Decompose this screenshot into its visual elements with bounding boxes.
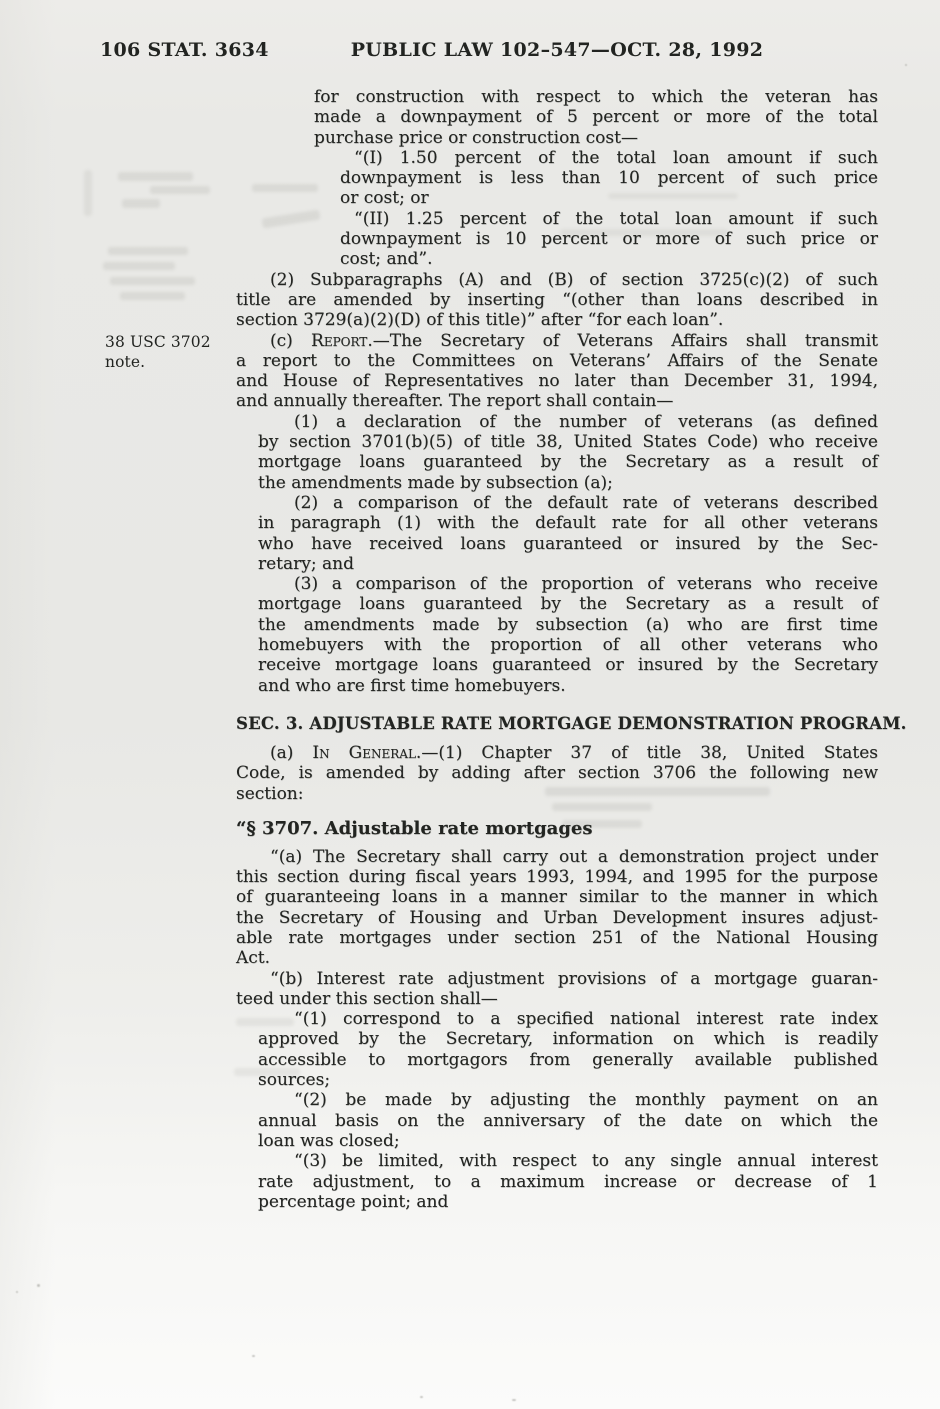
bleedthrough-artifact (234, 1068, 300, 1076)
text-line: “(1) correspond to a specified national … (258, 1009, 878, 1029)
text-line: Code, is amended by adding after section… (236, 763, 878, 783)
text-line: Act. (236, 948, 878, 968)
text-line: who have received loans guaranteed or in… (258, 534, 878, 554)
text-line: and annually thereafter. The report shal… (236, 391, 878, 411)
text-line: “(3) be limited, with respect to any sin… (258, 1151, 878, 1171)
paragraph: for construction with respect to which t… (314, 87, 878, 148)
text-line: (1) a declaration of the number of veter… (258, 412, 878, 432)
paragraph: “(3) be limited, with respect to any sin… (258, 1151, 878, 1212)
text-line: title are amended by inserting “(other t… (236, 290, 878, 310)
bleedthrough-artifact (552, 803, 652, 811)
scan-speck (252, 1355, 255, 1357)
text-line: and House of Representatives no later th… (236, 371, 878, 391)
paragraph: “(1) correspond to a specified national … (258, 1009, 878, 1090)
paragraph: (2) a comparison of the default rate of … (258, 493, 878, 574)
text-line: “(a) The Secretary shall carry out a dem… (236, 847, 878, 867)
text-line: accessible to mortgagors from generally … (258, 1050, 878, 1070)
bleedthrough-artifact (120, 292, 185, 300)
paragraph: “(II) 1.25 percent of the total loan amo… (340, 209, 878, 270)
text-line: approved by the Secretary, information o… (258, 1029, 878, 1049)
text-line: homebuyers with the proportion of all ot… (258, 635, 878, 655)
page-header: 106 STAT. 3634 PUBLIC LAW 102–547—OCT. 2… (0, 38, 940, 64)
text-line: by section 3701(b)(5) of title 38, Unite… (258, 432, 878, 452)
small-caps-text: Report. (311, 331, 373, 351)
scan-speck (420, 1396, 423, 1398)
text-line: teed under this section shall— (236, 989, 878, 1009)
bleedthrough-artifact (110, 277, 195, 285)
public-law-running-head: PUBLIC LAW 102–547—OCT. 28, 1992 (236, 38, 878, 62)
text-line: “(I) 1.50 percent of the total loan amou… (340, 148, 878, 168)
text-line: this section during fiscal years 1993, 1… (236, 867, 878, 887)
margin-note-usc-citation: 38 USC 3702 note. (105, 333, 225, 372)
text-line: a report to the Committees on Veterans’ … (236, 351, 878, 371)
text-line: section 3729(a)(2)(D) of this title)” af… (236, 310, 878, 330)
scan-speck (16, 1291, 18, 1293)
text-line: the amendments made by subsection (a); (258, 473, 878, 493)
text-line: retary; and (258, 554, 878, 574)
text-line: (3) a comparison of the proportion of ve… (258, 574, 878, 594)
text-line: sources; (258, 1070, 878, 1090)
text-line: (2) a comparison of the default rate of … (258, 493, 878, 513)
text-line: mortgage loans guaranteed by the Secreta… (258, 594, 878, 614)
paragraph: (1) a declaration of the number of veter… (258, 412, 878, 493)
text-line: receive mortgage loans guaranteed or ins… (258, 655, 878, 675)
text-line: (a) In General.—(1) Chapter 37 of title … (236, 743, 878, 763)
text-line: (c) Report.—The Secretary of Veterans Af… (236, 331, 878, 351)
text-line: and who are first time homebuyers. (258, 676, 878, 696)
bleedthrough-artifact (122, 199, 160, 208)
text-line: mortgage loans guaranteed by the Secreta… (258, 452, 878, 472)
text-line: of guaranteeing loans in a manner simila… (236, 887, 878, 907)
text-line: downpayment is less than 10 percent of s… (340, 168, 878, 188)
text-line: “(b) Interest rate adjustment provisions… (236, 969, 878, 989)
bleedthrough-artifact (103, 262, 175, 270)
text-line: purchase price or construction cost— (314, 128, 878, 148)
bleedthrough-artifact (118, 172, 193, 181)
paragraph: “(a) The Secretary shall carry out a dem… (236, 847, 878, 969)
margin-note-line: note. (105, 353, 225, 373)
text-line: “(2) be made by adjusting the monthly pa… (258, 1090, 878, 1110)
text-line: annual basis on the anniversary of the d… (258, 1111, 878, 1131)
paragraph: “(I) 1.50 percent of the total loan amou… (340, 148, 878, 209)
bleedthrough-artifact (560, 229, 728, 236)
bleedthrough-artifact (608, 193, 738, 199)
paragraph: (3) a comparison of the proportion of ve… (258, 574, 878, 696)
bleedthrough-artifact (252, 184, 318, 192)
bleedthrough-artifact (108, 247, 188, 255)
bleedthrough-artifact (236, 1018, 294, 1026)
usc-section-heading: “§ 3707. Adjustable rate mortgages (236, 818, 878, 840)
bleedthrough-artifact (562, 820, 642, 828)
text-line: percentage point; and (258, 1192, 878, 1212)
text-line: made a downpayment of 5 percent or more … (314, 107, 878, 127)
bleedthrough-artifact (545, 787, 770, 796)
section-heading: SEC. 3. ADJUSTABLE RATE MORTGAGE DEMONST… (236, 713, 878, 735)
text-line: for construction with respect to which t… (314, 87, 878, 107)
text-line: the amendments made by subsection (a) wh… (258, 615, 878, 635)
text-line: the Secretary of Housing and Urban Devel… (236, 908, 878, 928)
text-line: (2) Subparagraphs (A) and (B) of section… (236, 270, 878, 290)
scan-speck (37, 1284, 40, 1287)
paragraph: “(2) be made by adjusting the monthly pa… (258, 1090, 878, 1151)
text-line: in paragraph (1) with the default rate f… (258, 513, 878, 533)
margin-note-line: 38 USC 3702 (105, 333, 225, 353)
paragraph: (2) Subparagraphs (A) and (B) of section… (236, 270, 878, 331)
text-line: cost; and”. (340, 249, 878, 269)
bleedthrough-artifact (84, 170, 92, 216)
paragraph: “(b) Interest rate adjustment provisions… (236, 969, 878, 1010)
text-line: “(II) 1.25 percent of the total loan amo… (340, 209, 878, 229)
small-caps-text: In General. (312, 743, 421, 763)
scanned-statute-page: 106 STAT. 3634 PUBLIC LAW 102–547—OCT. 2… (0, 0, 940, 1409)
body-column: for construction with respect to which t… (236, 87, 878, 1212)
paragraph: (c) Report.—The Secretary of Veterans Af… (236, 331, 878, 412)
text-line: able rate mortgages under section 251 of… (236, 928, 878, 948)
bleedthrough-artifact (150, 186, 210, 194)
scan-speck (905, 64, 907, 66)
text-line: loan was closed; (258, 1131, 878, 1151)
scan-speck (512, 1399, 516, 1401)
text-line: rate adjustment, to a maximum increase o… (258, 1172, 878, 1192)
